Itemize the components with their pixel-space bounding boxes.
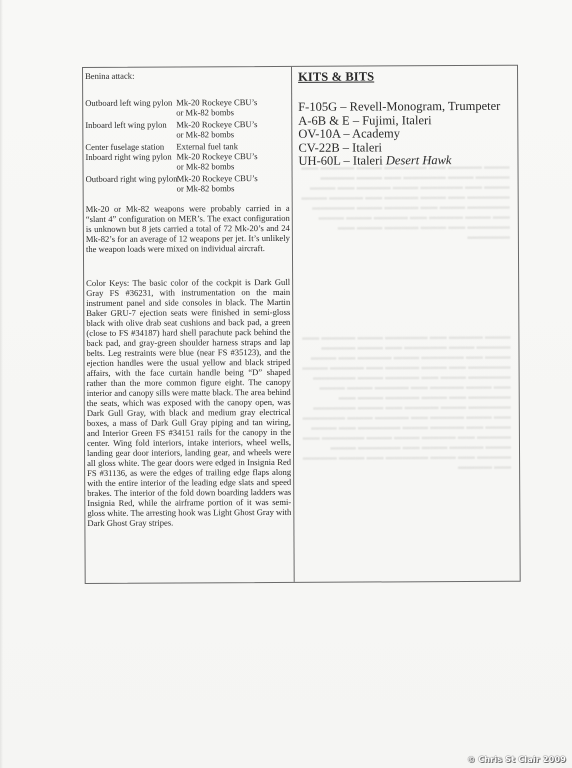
kits-list: F-105G – Revell-Monogram, Trumpeter A-6B… — [298, 100, 513, 169]
weapons-paragraph: Mk-20 or Mk-82 weapons were probably car… — [86, 203, 290, 254]
station-name: Inboard left wing pylon — [85, 120, 176, 140]
kit-item: UH-60L – Italeri Desert Hawk — [298, 154, 513, 169]
bleed-through-texture: ▬▬▬ ▬▬▬▬ ▬▬ ▬▬▬▬▬ ▬▬▬ ▬▬▬▬ ▬▬ ▬▬▬▬ ▬▬▬ ▬… — [298, 161, 509, 242]
bleed-through-texture: ▬▬▬ ▬▬▬▬ ▬▬ ▬▬▬▬▬ ▬▬▬ ▬▬▬▬ ▬▬ ▬▬▬▬ ▬▬▬ ▬… — [299, 331, 511, 472]
kit-text: UH-60L – Italeri — [298, 153, 385, 167]
copyright-watermark: © Chris St Clair 2009 — [467, 755, 566, 764]
kit-text: A-6B & E – Fujimi, Italeri — [298, 113, 431, 128]
station-weapon: Mk-20 Rockeye CBU’s or Mk-82 bombs — [176, 97, 289, 118]
station-weapon: Mk-20 Rockeye CBU’s or Mk-82 bombs — [176, 151, 289, 172]
loadout-row: Inboard left wing pylon Mk-20 Rockeye CB… — [85, 119, 289, 140]
weapon-loadout-list: Outboard left wing pylon Mk-20 Rockeye C… — [85, 97, 289, 194]
kit-text: OV-10A – Academy — [298, 126, 400, 141]
color-keys-paragraph: Color Keys: The basic color of the cockp… — [86, 277, 291, 528]
station-weapon: External fuel tank — [176, 141, 289, 152]
kit-text: F-105G – Revell-Monogram, Trumpeter — [298, 99, 500, 114]
mission-heading: Benina attack: — [85, 70, 289, 81]
kit-item: OV-10A – Academy — [298, 127, 513, 142]
kit-italic-name: Desert Hawk — [386, 153, 452, 167]
station-weapon: Mk-20 Rockeye CBU’s or Mk-82 bombs — [176, 119, 289, 140]
mission-notes-column: Benina attack: Outboard left wing pylon … — [83, 67, 295, 583]
kit-item: A-6B & E – Fujimi, Italeri — [298, 113, 513, 128]
loadout-row: Outboard right wing pylon Mk-20 Rockeye … — [86, 173, 290, 194]
loadout-row: Outboard left wing pylon Mk-20 Rockeye C… — [85, 97, 289, 118]
kits-column: KITS & BITS F-105G – Revell-Monogram, Tr… — [292, 66, 520, 582]
station-weapon: Mk-20 Rockeye CBU’s or Mk-82 bombs — [177, 173, 290, 194]
station-name: Center fuselage station — [85, 142, 176, 152]
page-edge-shadow — [0, 0, 3, 768]
kits-title: KITS & BITS — [298, 69, 513, 85]
loadout-row: Inboard right wing pylon Mk-20 Rockeye C… — [85, 151, 289, 172]
scanned-page: Benina attack: Outboard left wing pylon … — [0, 0, 572, 768]
station-name: Outboard left wing pylon — [85, 98, 176, 118]
content-table: Benina attack: Outboard left wing pylon … — [82, 65, 521, 584]
kit-text: CV-22B – Italeri — [298, 140, 382, 154]
station-name: Outboard right wing pylon — [86, 174, 177, 194]
station-name: Inboard right wing pylon — [85, 152, 176, 172]
